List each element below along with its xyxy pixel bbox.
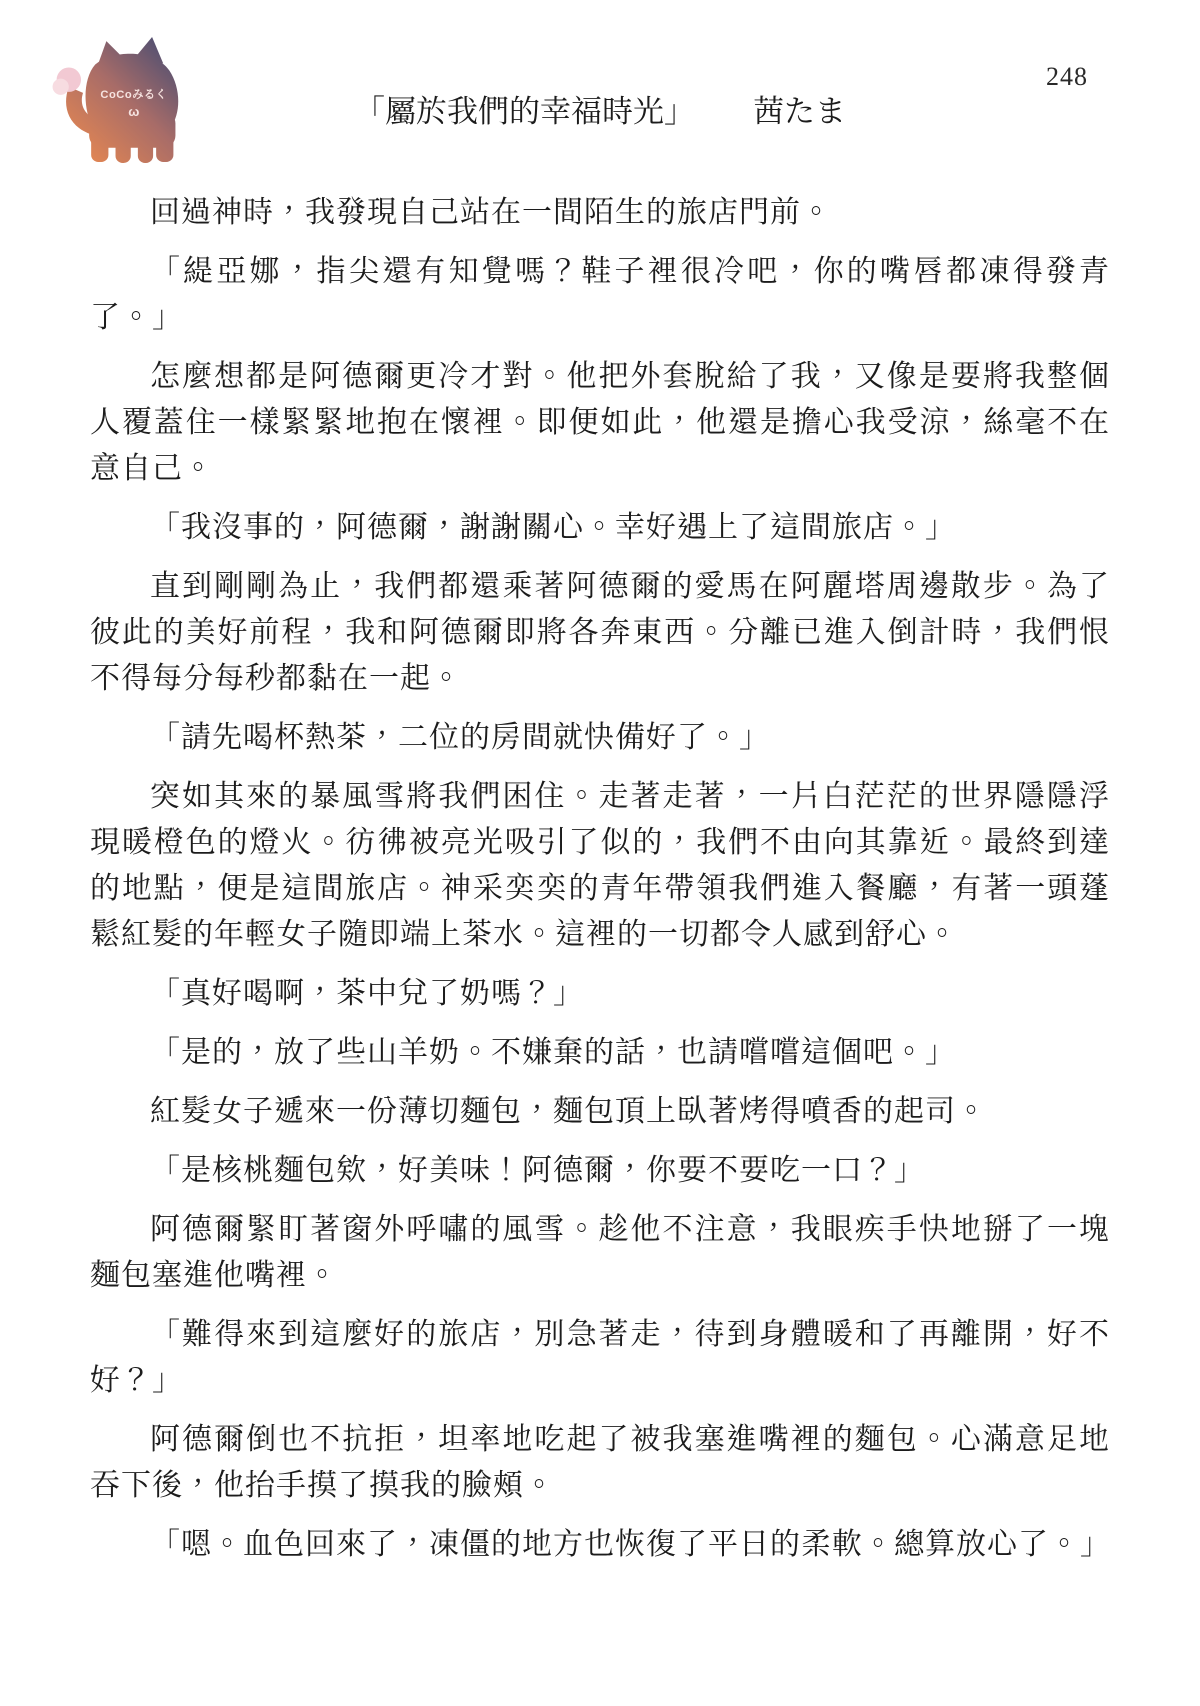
cat-leg xyxy=(116,137,131,163)
story-body: 回過神時，我發現自己站在一間陌生的旅店門前。 「緹亞娜，指尖還有知覺嗎？鞋子裡很… xyxy=(90,190,1110,1581)
cat-leg xyxy=(138,137,153,163)
story-paragraph: 「難得來到這麼好的旅店，別急著走，待到身體暖和了再離開，好不好？」 xyxy=(90,1312,1110,1404)
story-paragraph: 「是核桃麵包欸，好美味！阿德爾，你要不要吃一口？」 xyxy=(90,1148,1110,1194)
story-paragraph: 「嗯。血色回來了，凍僵的地方也恢復了平日的柔軟。總算放心了。」 xyxy=(90,1522,1110,1568)
story-paragraph: 「我沒事的，阿德爾，謝謝關心。幸好遇上了這間旅店。」 xyxy=(90,505,1110,551)
cat-leg xyxy=(91,131,108,161)
story-paragraph: 怎麼想都是阿德爾更冷才對。他把外套脫給了我，又像是要將我整個人覆蓋住一樣緊緊地抱… xyxy=(90,354,1110,492)
title-row: 「屬於我們的幸福時光」 茜たま xyxy=(0,86,1200,131)
story-paragraph: 「緹亞娜，指尖還有知覺嗎？鞋子裡很冷吧，你的嘴唇都凍得發青了。」 xyxy=(90,249,1110,341)
story-paragraph: 直到剛剛為止，我們都還乘著阿德爾的愛馬在阿麗塔周邊散步。為了彼此的美好前程，我和… xyxy=(90,564,1110,702)
story-paragraph: 阿德爾緊盯著窗外呼嘯的風雪。趁他不注意，我眼疾手快地掰了一塊麵包塞進他嘴裡。 xyxy=(90,1207,1110,1299)
story-paragraph: 紅髮女子遞來一份薄切麵包，麵包頂上臥著烤得噴香的起司。 xyxy=(90,1089,1110,1135)
story-author: 茜たま xyxy=(753,86,846,131)
story-paragraph: 阿德爾倒也不抗拒，坦率地吃起了被我塞進嘴裡的麵包。心滿意足地吞下後，他抬手摸了摸… xyxy=(90,1417,1110,1509)
story-paragraph: 回過神時，我發現自己站在一間陌生的旅店門前。 xyxy=(90,190,1110,236)
story-title: 「屬於我們的幸福時光」 xyxy=(354,86,695,131)
story-paragraph: 突如其來的暴風雪將我們困住。走著走著，一片白茫茫的世界隱隱浮現暖橙色的燈火。彷彿… xyxy=(90,774,1110,958)
story-paragraph: 「請先喝杯熱茶，二位的房間就快備好了。」 xyxy=(90,715,1110,761)
story-paragraph: 「是的，放了些山羊奶。不嫌棄的話，也請嚐嚐這個吧。」 xyxy=(90,1030,1110,1076)
story-paragraph: 「真好喝啊，茶中兌了奶嗎？」 xyxy=(90,971,1110,1017)
novel-page: CoCoみるく ω 248 「屬於我們的幸福時光」 茜たま 回過神時，我發現自己… xyxy=(0,0,1200,1706)
cat-leg xyxy=(156,130,173,161)
